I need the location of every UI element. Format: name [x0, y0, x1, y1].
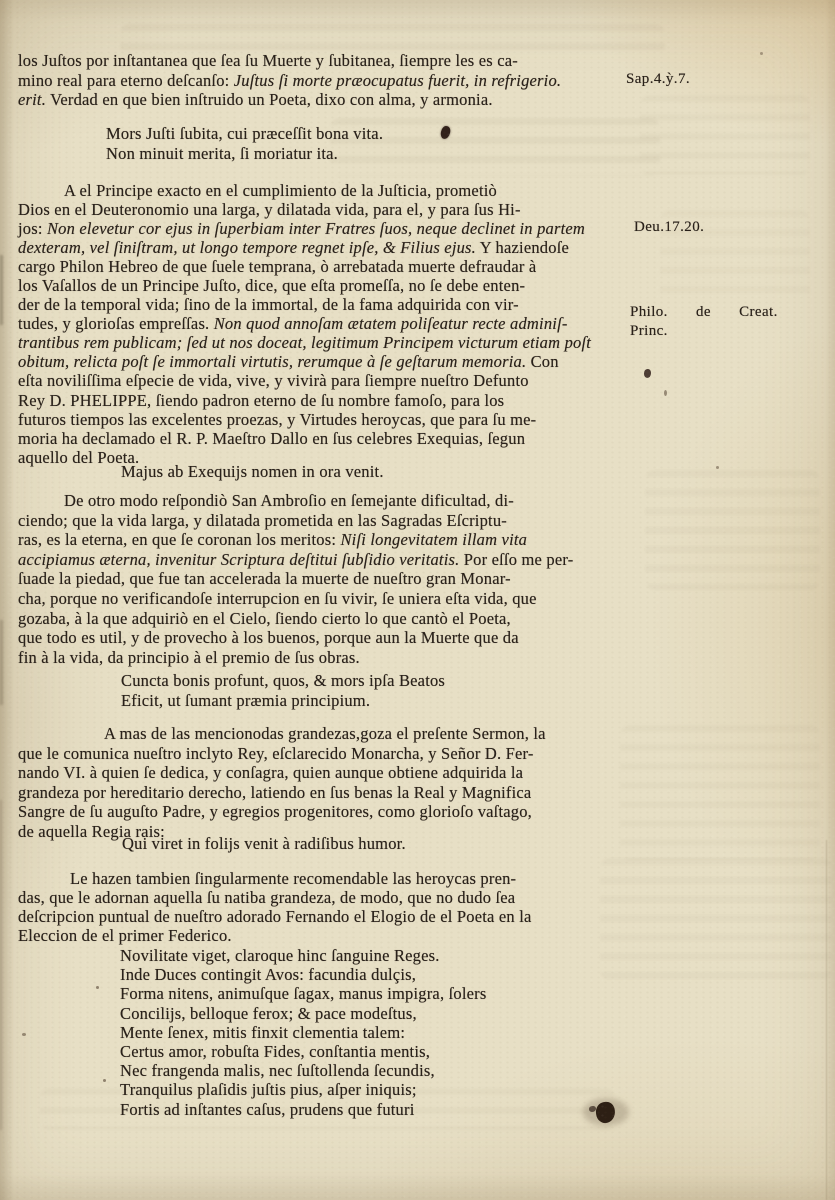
margin-citation: Princ.	[630, 323, 668, 340]
text-line: que todo es util, y de provecho à los bu…	[18, 628, 573, 648]
ink-speck	[664, 390, 667, 396]
text-run: Eleccion de el primer Federico.	[18, 926, 232, 945]
latin-quote: erit.	[18, 90, 46, 109]
page-crease	[826, 840, 827, 1200]
text-run: Tranquilus plaſidis juſtis pius, aſper i…	[120, 1080, 417, 1099]
text-run: gozaba, à la que adquiriò en el Cielo, ſ…	[18, 609, 511, 628]
ink-speck	[103, 1079, 106, 1082]
text-line: Le hazen tambien ſingularmente recomenda…	[18, 869, 532, 888]
text-run: cha, porque no verificandoſe interrupcio…	[18, 589, 537, 608]
text-line: trantibus rem publicam; ſed ut nos docea…	[18, 333, 591, 352]
prose-block: A el Principe exacto en el cumplimiento …	[18, 181, 591, 467]
text-line: nando VI. à quien ſe dedica, y conſagra,…	[18, 763, 546, 783]
text-run: grandeza por hereditario derecho, latien…	[18, 783, 531, 802]
text-run: eſta noviliſſima eſpecie de vida, vive, …	[18, 371, 529, 390]
text-run: Forma nitens, animuſque ſagax, manus imp…	[120, 984, 486, 1003]
text-run: A mas de las mencionodas grandezas,goza …	[104, 724, 546, 743]
text-run: cargo Philon Hebreo de que ſuele tempran…	[18, 257, 536, 276]
text-line: Certus amor, robuſta Fides, conſtantia m…	[120, 1042, 486, 1061]
bleedthrough-ghost	[620, 725, 820, 860]
text-run: nando VI. à quien ſe dedica, y conſagra,…	[18, 763, 523, 782]
text-line: tudes, y glorioſas empreſſas. Non quod a…	[18, 314, 591, 333]
text-line: Inde Duces contingit Avos: facundia dulç…	[120, 965, 486, 984]
text-run: que le comunica nueſtro inclyto Rey, eſc…	[18, 744, 534, 763]
text-line: grandeza por hereditario derecho, latien…	[18, 783, 546, 803]
bleedthrough-ghost	[640, 95, 810, 175]
text-line: Mente ſenex, mitis finxit clementia tale…	[120, 1023, 486, 1042]
text-run: Dios en el Deuteronomio una larga, y dil…	[18, 200, 521, 219]
prose-block: A mas de las mencionodas grandezas,goza …	[18, 724, 546, 842]
text-run: tudes, y glorioſas empreſſas.	[18, 314, 214, 333]
text-line: ciendo; que la vida larga, y dilatada pr…	[18, 511, 573, 531]
text-line: cha, porque no verificandoſe interrupcio…	[18, 589, 573, 609]
text-line: Tranquilus plaſidis juſtis pius, aſper i…	[120, 1080, 486, 1099]
text-run: Rey D. PHELIPPE, ſiendo padron eterno de…	[18, 391, 504, 410]
text-line: Qui viret in folijs venit à radiſibus hu…	[122, 834, 406, 854]
text-line: eſta noviliſſima eſpecie de vida, vive, …	[18, 371, 591, 390]
text-run: los Vaſallos de un Principe Juſto, dice,…	[18, 276, 525, 295]
text-run: Concilijs, belloque ferox; & pace modeſt…	[120, 1004, 417, 1023]
bleedthrough-ghost	[645, 470, 820, 590]
latin-quote: Juſtus ſi morte præocupatus fuerit, in r…	[234, 71, 561, 90]
text-run: moria ha declamado el R. P. Maeſtro Dall…	[18, 429, 525, 448]
text-line: Fortis ad inſtantes caſus, prudens que f…	[120, 1100, 486, 1119]
text-run: ras, es la eterna, en que ſe coronan los…	[18, 530, 340, 549]
text-run: der de la temporal vida; ſino de la immo…	[18, 295, 519, 314]
text-run: A el Principe exacto en el cumplimiento …	[64, 181, 497, 200]
ink-speck	[22, 1033, 26, 1036]
text-line: Cuncta bonis profunt, quos, & mors ipſa …	[121, 671, 445, 691]
text-line: A el Principe exacto en el cumplimiento …	[18, 181, 591, 200]
text-run: Sangre de ſu auguſto Padre, y egregios p…	[18, 802, 532, 821]
text-run: los Juſtos por inſtantanea que ſea ſu Mu…	[18, 51, 518, 70]
text-run: Cuncta bonis profunt, quos, & mors ipſa …	[121, 671, 445, 690]
text-line: obitum, relicta poſt ſe immortali virtut…	[18, 352, 591, 371]
latin-quote: accipiamus æterna, invenitur Scriptura d…	[18, 550, 459, 569]
signature-ink-smudge	[583, 1094, 629, 1130]
text-run: De otro modo reſpondiò San Ambroſio en ſ…	[64, 491, 514, 510]
latin-quote: Niſi longevitatem illam vita	[340, 530, 527, 549]
verse-block: Cuncta bonis profunt, quos, & mors ipſa …	[121, 671, 445, 710]
text-line: der de la temporal vida; ſino de la immo…	[18, 295, 591, 314]
text-line: ras, es la eterna, en que ſe coronan los…	[18, 530, 573, 550]
text-line: Eleccion de el primer Federico.	[18, 926, 532, 945]
text-line: Mors Juſti ſubita, cui præceſſit bona vi…	[106, 124, 383, 144]
text-run: Verdad en que bien inſtruido un Poeta, d…	[46, 90, 493, 109]
text-run: Mors Juſti ſubita, cui præceſſit bona vi…	[106, 124, 383, 143]
text-line: moria ha declamado el R. P. Maeſtro Dall…	[18, 429, 591, 448]
latin-quote: Non elevetur cor ejus in ſuperbiam inter…	[47, 219, 585, 238]
text-run: deſcripcion puntual de nueſtro adorado F…	[18, 907, 532, 926]
text-line: deſcripcion puntual de nueſtro adorado F…	[18, 907, 532, 926]
prose-block: Le hazen tambien ſingularmente recomenda…	[18, 869, 532, 945]
text-line: cargo Philon Hebreo de que ſuele tempran…	[18, 257, 591, 276]
text-line: A mas de las mencionodas grandezas,goza …	[18, 724, 546, 744]
text-line: De otro modo reſpondiò San Ambroſio en ſ…	[18, 491, 573, 511]
text-run: Novilitate viget, claroque hinc ſanguine…	[120, 946, 440, 965]
ink-speck	[716, 466, 719, 469]
text-line: ſuade la piedad, que fue tan accelerada …	[18, 569, 573, 589]
ink-blot	[440, 125, 452, 140]
text-run: Le hazen tambien ſingularmente recomenda…	[70, 869, 516, 888]
text-line: Forma nitens, animuſque ſagax, manus imp…	[120, 984, 486, 1003]
page-edge-shading	[0, 800, 2, 1130]
text-run: Por eſſo me per-	[459, 550, 573, 569]
page-edge-shading	[0, 255, 3, 325]
text-line: das, que le adornan aquella ſu natiba gr…	[18, 888, 532, 907]
latin-quote: obitum, relicta poſt ſe immortali virtut…	[18, 352, 526, 371]
text-line: gozaba, à la que adquiriò en el Cielo, ſ…	[18, 609, 573, 629]
margin-citation: Sap.4.ỳ.7.	[626, 71, 690, 88]
verse-block: Majus ab Exequijs nomen in ora venit.	[121, 462, 384, 482]
text-run: Y haziendoſe	[476, 238, 569, 257]
text-run: jos:	[18, 219, 47, 238]
book-page: los Juſtos por inſtantanea que ſea ſu Mu…	[0, 0, 835, 1200]
text-run: Qui viret in folijs venit à radiſibus hu…	[122, 834, 406, 853]
text-run: que todo es util, y de provecho à los bu…	[18, 628, 519, 647]
margin-citation: Deu.17.20.	[634, 219, 704, 236]
text-line: Rey D. PHELIPPE, ſiendo padron eterno de…	[18, 391, 591, 410]
text-line: Sangre de ſu auguſto Padre, y egregios p…	[18, 802, 546, 822]
text-run: ſuade la piedad, que fue tan accelerada …	[18, 569, 511, 588]
text-run: Eficit, ut ſumant præmia principium.	[121, 691, 370, 710]
prose-block: De otro modo reſpondiò San Ambroſio en ſ…	[18, 491, 573, 667]
text-line: futuros tiempos las excelentes proezas, …	[18, 410, 591, 429]
text-run: Con	[526, 352, 558, 371]
text-line: Eficit, ut ſumant præmia principium.	[121, 691, 445, 711]
margin-citation: Philo. de Creat.	[630, 304, 778, 321]
text-run: futuros tiempos las excelentes proezas, …	[18, 410, 536, 429]
text-line: Nec frangenda malis, nec ſuſtollenda ſec…	[120, 1061, 486, 1080]
latin-quote: Non quod annoſam ætatem poliſeatur recte…	[214, 314, 568, 333]
ink-speck	[760, 52, 763, 55]
text-line: dexteram, vel ſiniſtram, ut longo tempor…	[18, 238, 591, 257]
text-run: Certus amor, robuſta Fides, conſtantia m…	[120, 1042, 430, 1061]
text-line: los Vaſallos de un Principe Juſto, dice,…	[18, 276, 591, 295]
text-run: ciendo; que la vida larga, y dilatada pr…	[18, 511, 507, 530]
bleedthrough-ghost	[600, 858, 832, 980]
text-run: mino real para eterno deſcanſo:	[18, 71, 234, 90]
text-run: Nec frangenda malis, nec ſuſtollenda ſec…	[120, 1061, 435, 1080]
verse-block: Mors Juſti ſubita, cui præceſſit bona vi…	[106, 124, 383, 164]
text-line: Concilijs, belloque ferox; & pace modeſt…	[120, 1004, 486, 1023]
verse-block: Novilitate viget, claroque hinc ſanguine…	[120, 946, 486, 1119]
text-run: Inde Duces contingit Avos: facundia dulç…	[120, 965, 416, 984]
text-run: Mente ſenex, mitis finxit clementia tale…	[120, 1023, 405, 1042]
text-line: que le comunica nueſtro inclyto Rey, eſc…	[18, 744, 546, 764]
ink-speck	[96, 986, 99, 989]
text-run: das, que le adornan aquella ſu natiba gr…	[18, 888, 515, 907]
text-line: fin à la vida, da principio à el premio …	[18, 648, 573, 668]
verse-block: Qui viret in folijs venit à radiſibus hu…	[122, 834, 406, 854]
text-line: accipiamus æterna, invenitur Scriptura d…	[18, 550, 573, 570]
ink-blot	[644, 369, 651, 378]
page-edge-shading	[0, 620, 3, 705]
prose-block: los Juſtos por inſtantanea que ſea ſu Mu…	[18, 51, 561, 110]
text-line: Novilitate viget, claroque hinc ſanguine…	[120, 946, 486, 965]
text-line: Majus ab Exequijs nomen in ora venit.	[121, 462, 384, 482]
text-run: fin à la vida, da principio à el premio …	[18, 648, 360, 667]
text-run: Fortis ad inſtantes caſus, prudens que f…	[120, 1100, 415, 1119]
latin-quote: trantibus rem publicam; ſed ut nos docea…	[18, 333, 591, 352]
latin-quote: dexteram, vel ſiniſtram, ut longo tempor…	[18, 238, 476, 257]
text-line: Dios en el Deuteronomio una larga, y dil…	[18, 200, 591, 219]
text-run: Non minuit merita, ſi moriatur ita.	[106, 144, 338, 163]
text-line: los Juſtos por inſtantanea que ſea ſu Mu…	[18, 51, 561, 71]
text-line: jos: Non elevetur cor ejus in ſuperbiam …	[18, 219, 591, 238]
text-line: mino real para eterno deſcanſo: Juſtus ſ…	[18, 71, 561, 91]
text-line: Non minuit merita, ſi moriatur ita.	[106, 144, 383, 164]
text-run: Majus ab Exequijs nomen in ora venit.	[121, 462, 384, 481]
text-line: erit. Verdad en que bien inſtruido un Po…	[18, 90, 561, 110]
